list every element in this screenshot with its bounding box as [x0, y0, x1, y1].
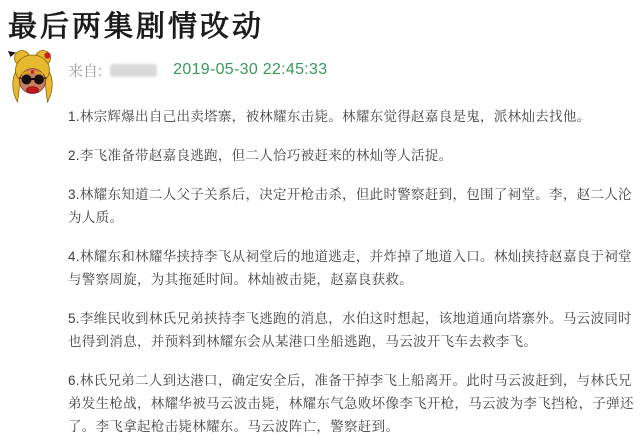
post-body: 1.林宗辉爆出自己出卖塔寨，被林耀东击毙。林耀东觉得赵嘉良是鬼，派林灿去找他。 …	[68, 105, 634, 438]
post-timestamp: 2019-05-30 22:45:33	[173, 61, 327, 79]
post-title: 最后两集剧情改动	[8, 10, 632, 44]
post-meta: 来自: 2019-05-30 22:45:33	[68, 59, 632, 81]
sailor-moon-avatar-icon	[5, 47, 60, 107]
paragraph-6: 6.林氏兄弟二人到达港口，确定安全后，准备干掉李飞上船离开。此时马云波赶到，与林…	[68, 369, 634, 438]
post-page: 最后两集剧情改动	[0, 0, 640, 438]
paragraph-1: 1.林宗辉爆出自己出卖塔寨，被林耀东击毙。林耀东觉得赵嘉良是鬼，派林灿去找他。	[68, 105, 634, 128]
paragraph-2: 2.李飞准备带赵嘉良逃跑，但二人恰巧被赶来的林灿等人活捉。	[68, 144, 634, 167]
paragraph-4: 4.林耀东和林耀华挟持李飞从祠堂后的地道逃走，并炸掉了地道入口。林灿挟持赵嘉良于…	[68, 245, 634, 291]
redacted-username	[110, 64, 157, 77]
paragraph-5: 5.李维民收到林氏兄弟挟持李飞逃跑的消息，水伯这时想起，该地道通向塔寨外。马云波…	[68, 307, 634, 353]
paragraph-3: 3.林耀东知道二人父子关系后，决定开枪击杀，但此时警察赶到，包围了祠堂。李，赵二…	[68, 183, 634, 229]
user-avatar[interactable]	[5, 47, 60, 107]
from-label: 来自:	[68, 60, 102, 81]
